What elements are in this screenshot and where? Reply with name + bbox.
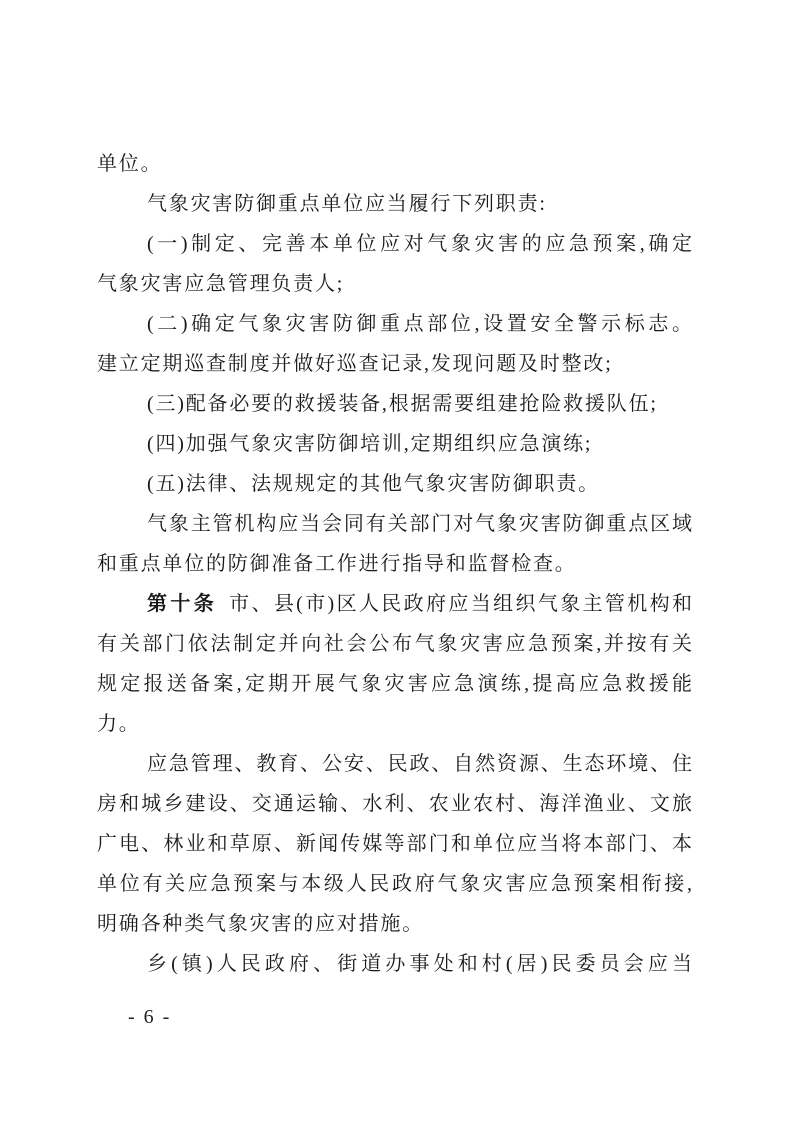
text-line: 力。 xyxy=(97,704,693,744)
text-line: 气象主管机构应当会同有关部门对气象灾害防御重点区域 xyxy=(97,504,693,544)
text-line: 规定报送备案,定期开展气象灾害应急演练,提高应急救援能 xyxy=(97,664,693,704)
document-body: 单位。气象灾害防御重点单位应当履行下列职责:(一)制定、完善本单位应对气象灾害的… xyxy=(97,144,693,984)
text-line: 广电、林业和草原、新闻传媒等部门和单位应当将本部门、本 xyxy=(97,824,693,864)
text-line: 气象灾害应急管理负责人; xyxy=(97,264,693,304)
text-line: (五)法律、法规规定的其他气象灾害防御职责。 xyxy=(97,464,693,504)
text-line: 乡(镇)人民政府、街道办事处和村(居)民委员会应当 xyxy=(97,944,693,984)
text-line: 单位有关应急预案与本级人民政府气象灾害应急预案相衔接, xyxy=(97,864,693,904)
document-page: 单位。气象灾害防御重点单位应当履行下列职责:(一)制定、完善本单位应对气象灾害的… xyxy=(0,0,793,1122)
text-line: 和重点单位的防御准备工作进行指导和监督检查。 xyxy=(97,544,693,584)
text-line: (三)配备必要的救援装备,根据需要组建抢险救援队伍; xyxy=(97,384,693,424)
text-line: 有关部门依法制定并向社会公布气象灾害应急预案,并按有关 xyxy=(97,624,693,664)
text-line: 单位。 xyxy=(97,144,693,184)
text-line: 房和城乡建设、交通运输、水利、农业农村、海洋渔业、文旅 xyxy=(97,784,693,824)
text-line: 气象灾害防御重点单位应当履行下列职责: xyxy=(97,184,693,224)
text-line: 应急管理、教育、公安、民政、自然资源、生态环境、住 xyxy=(97,744,693,784)
text-line: (二)确定气象灾害防御重点部位,设置安全警示标志。 xyxy=(97,304,693,344)
text-line: 第十条市、县(市)区人民政府应当组织气象主管机构和 xyxy=(97,584,693,624)
text-line: (一)制定、完善本单位应对气象灾害的应急预案,确定 xyxy=(97,224,693,264)
text-line: 建立定期巡查制度并做好巡查记录,发现问题及时整改; xyxy=(97,344,693,384)
text-line: 明确各种类气象灾害的应对措施。 xyxy=(97,904,693,944)
article-number: 第十条 xyxy=(147,593,217,615)
text-line: (四)加强气象灾害防御培训,定期组织应急演练; xyxy=(97,424,693,464)
page-number: - 6 - xyxy=(128,1002,171,1032)
